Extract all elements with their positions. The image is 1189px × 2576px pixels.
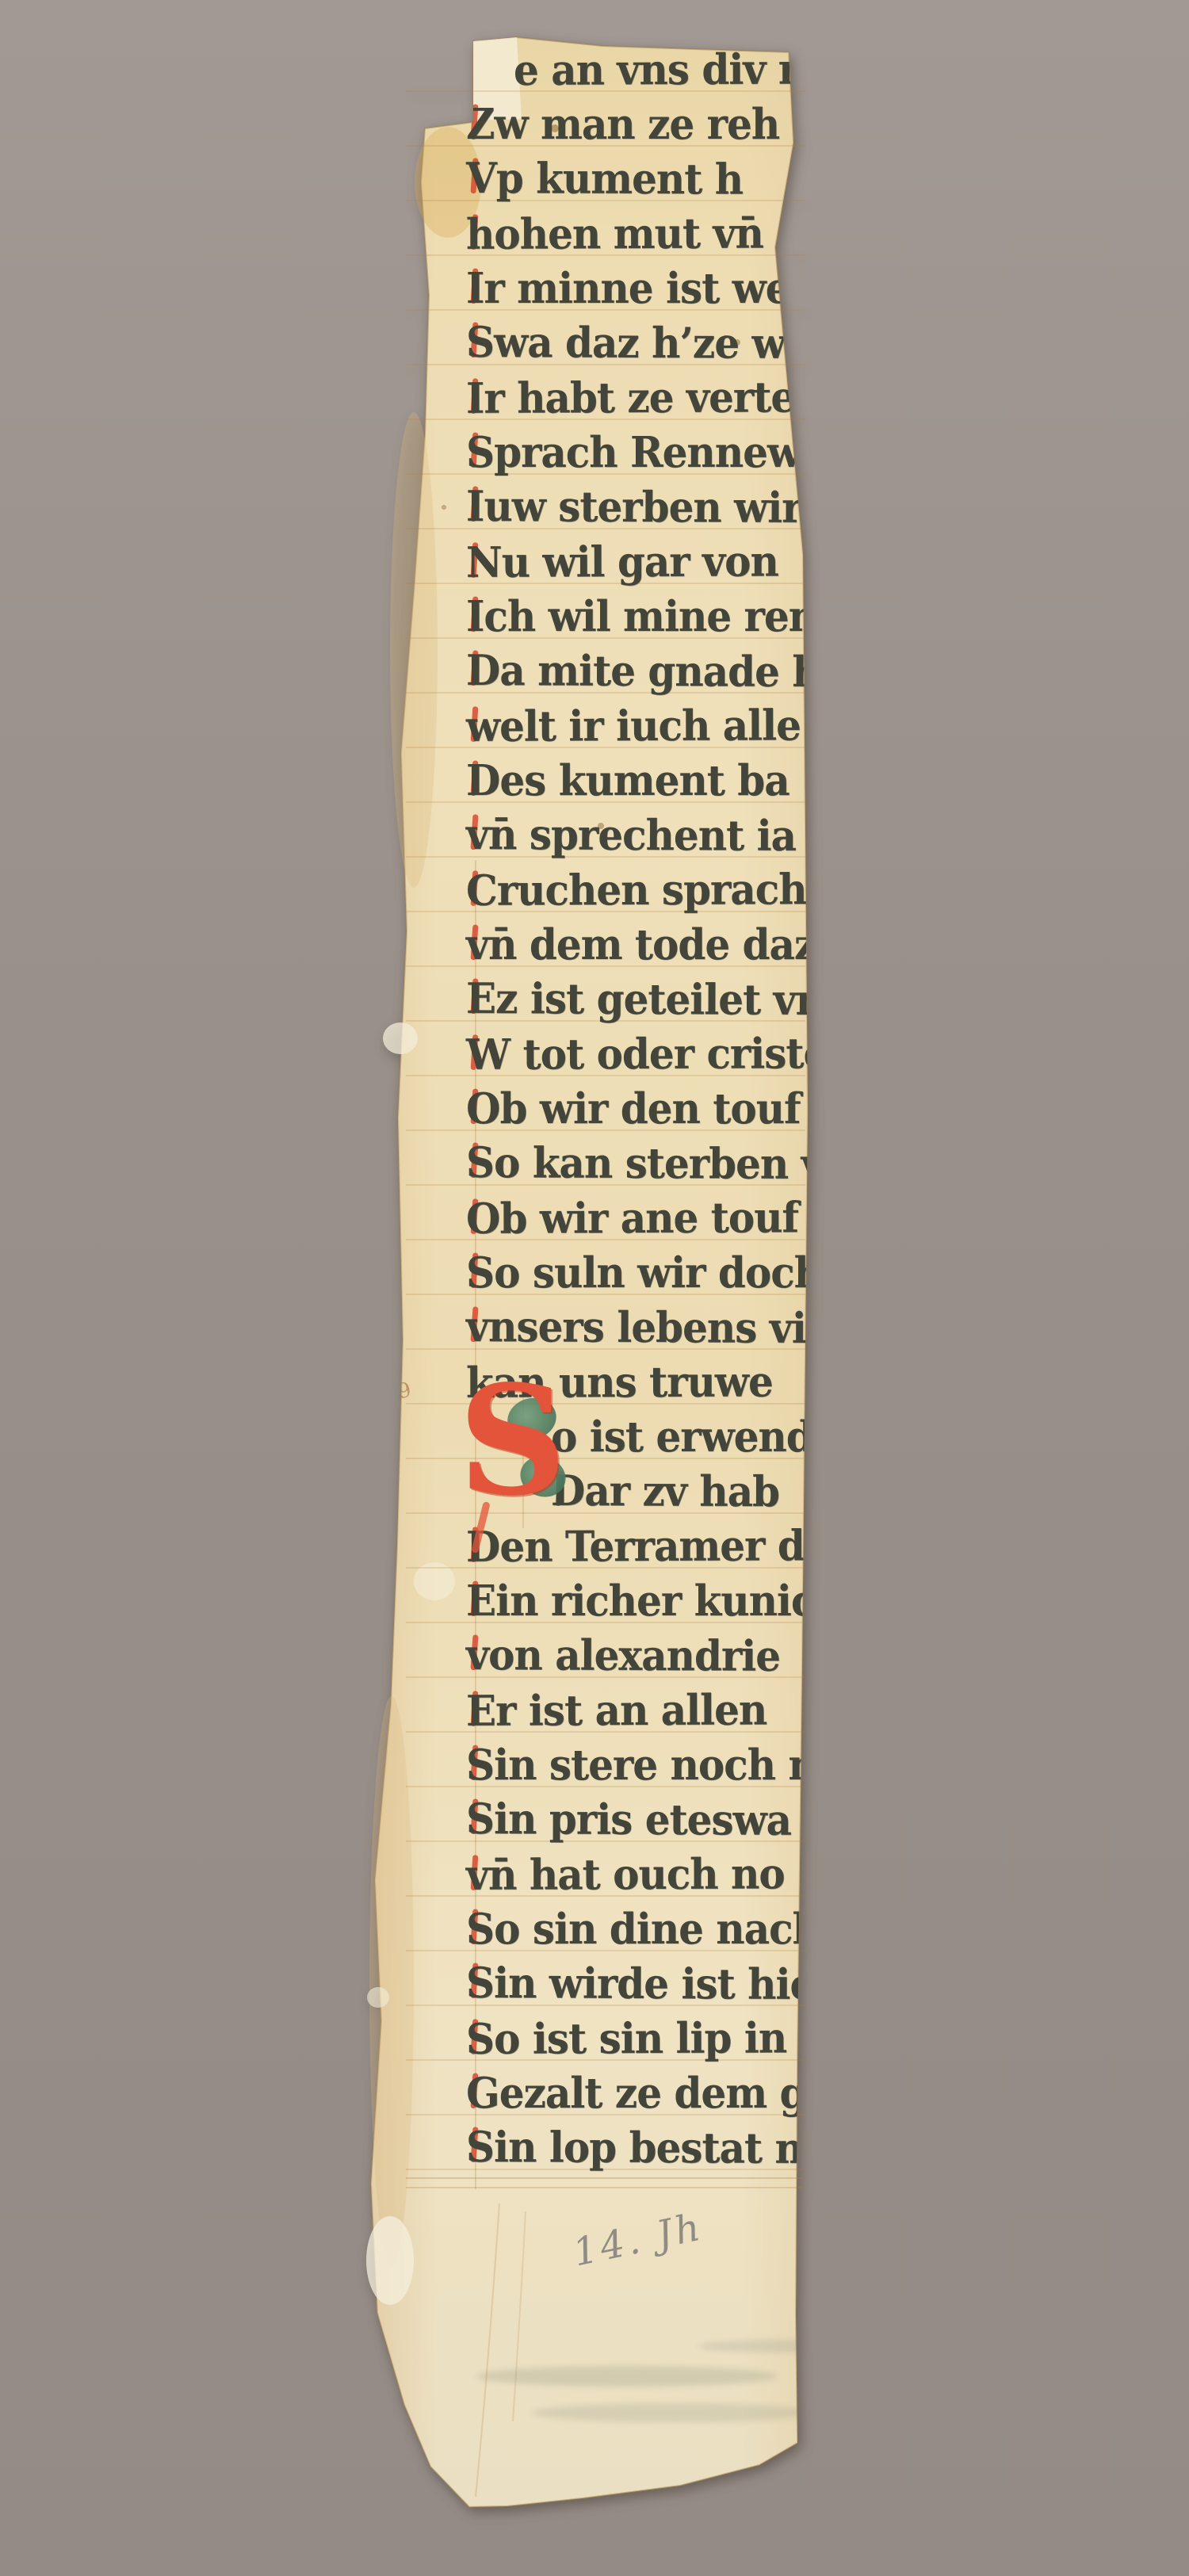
rubricated-initial: S [466,2115,494,2180]
rubricated-initial: E [466,967,495,1031]
rubricated-initial: v [466,1623,488,1687]
rubricated-initial: S [466,1787,494,1852]
rubricated-initial: v [466,803,488,867]
rubricated-initial: I [466,475,484,539]
rubricated-initial: S [466,1131,494,1195]
manuscript-text-line: Sin lop bestat nu [466,2115,839,2181]
rubricated-initial: v [466,1295,488,1359]
erased-text-trace [531,2403,816,2422]
photo-background: e an vns div rZw man ze rehVp kument hho… [0,0,1189,2576]
erased-text-trace [476,2366,777,2387]
pencil-date-note: 14. Jh [569,2204,707,2275]
rubricated-initial: S [466,1951,494,2016]
rubricated-initial: V [466,147,496,211]
initial-letter: S [458,1362,567,1520]
rubricated-initial: S [466,311,494,375]
decorated-initial-s: S [458,1376,629,1535]
rubricated-initial: D [466,639,500,703]
